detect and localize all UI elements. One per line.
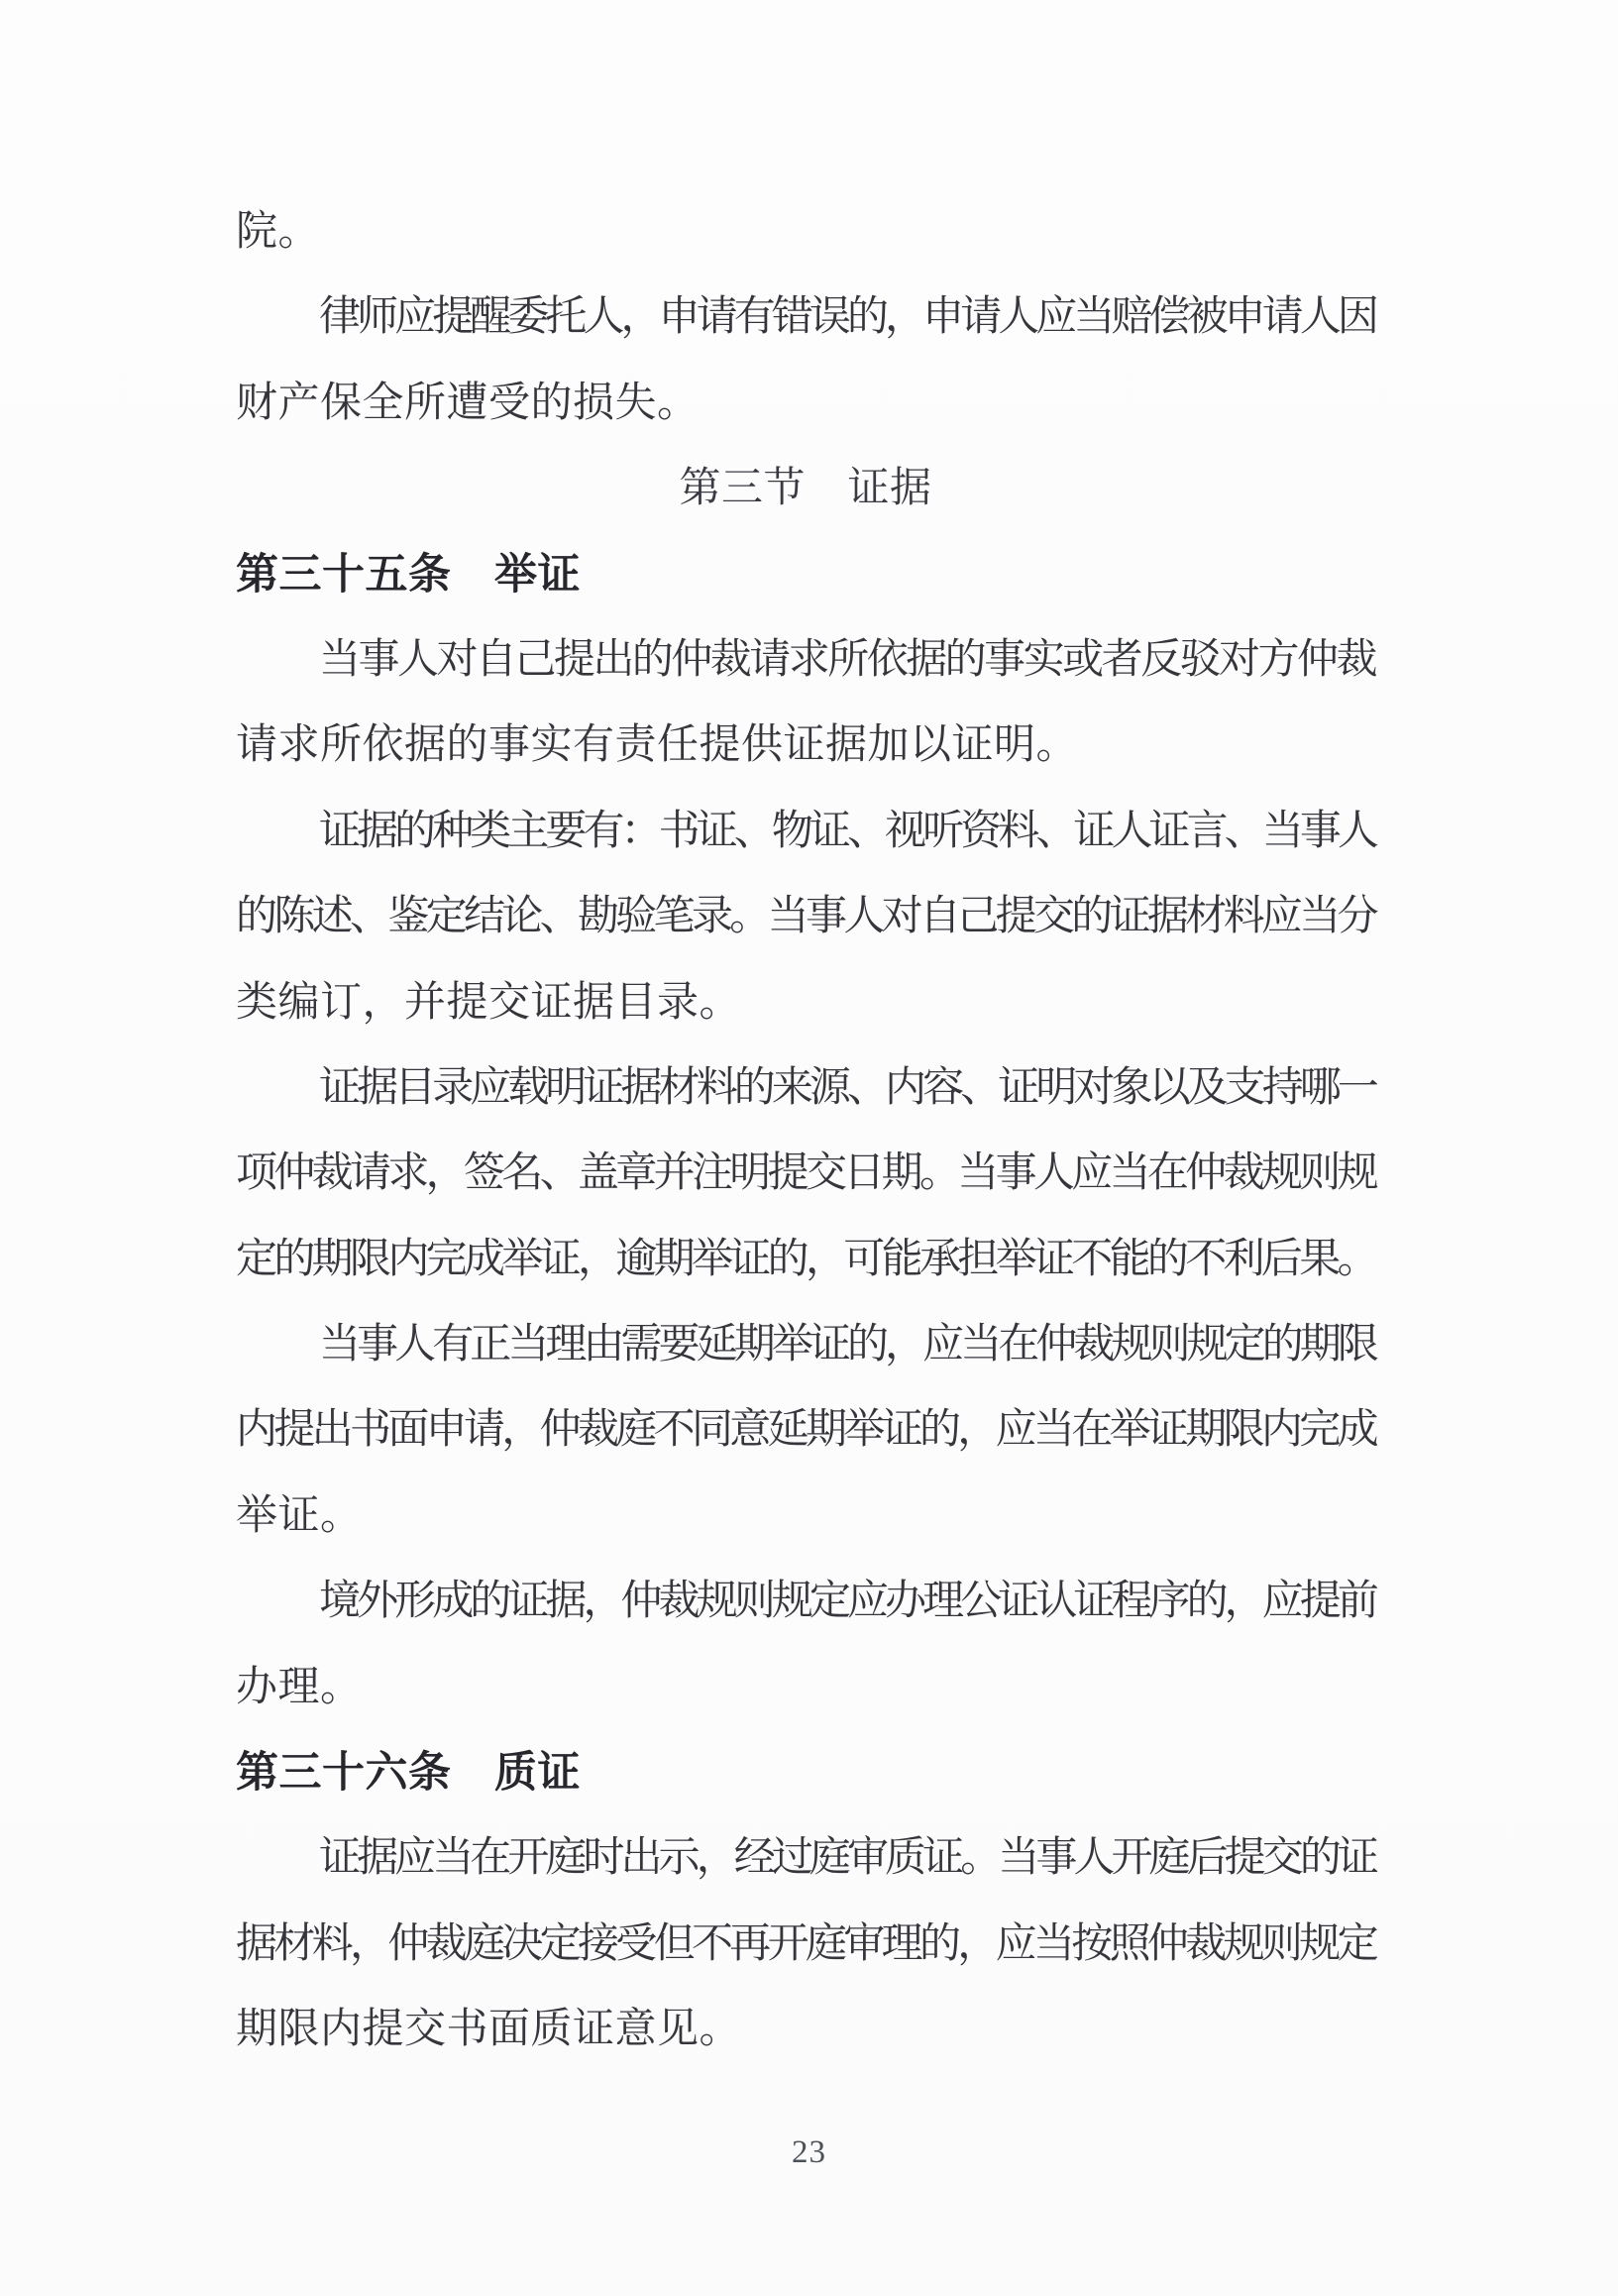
text-block: 院。律师应提醒委托人，申请有错误的，申请人应当赔偿被申请人因财产保全所遭受的损失… — [236, 189, 1375, 2073]
text-line-9: 的陈述、鉴定结论、勘验笔录。当事人对自己提交的证据材料应当分 — [236, 874, 1375, 959]
text-line-2: 律师应提醒委托人，申请有错误的，申请人应当赔偿被申请人因 — [236, 274, 1375, 360]
text-line-11: 证据目录应载明证据材料的来源、内容、证明对象以及支持哪一 — [236, 1045, 1375, 1131]
text-line-16: 举证。 — [236, 1474, 1375, 1559]
text-line-18: 办理。 — [236, 1645, 1375, 1730]
text-line-12: 项仲裁请求，签名、盖章并注明提交日期。当事人应当在仲裁规则规 — [236, 1131, 1375, 1216]
text-line-17: 境外形成的证据，仲裁规则规定应办理公证认证程序的，应提前 — [236, 1559, 1375, 1644]
text-line-15: 内提出书面申请，仲裁庭不同意延期举证的，应当在举证期限内完成 — [236, 1387, 1375, 1473]
text-line-3: 财产保全所遭受的损失。 — [236, 361, 1375, 446]
text-line-22: 期限内提交书面质证意见。 — [236, 1987, 1375, 2072]
text-line-8: 证据的种类主要有：书证、物证、视听资料、证人证言、当事人 — [236, 789, 1375, 874]
text-line-1: 院。 — [236, 189, 1375, 274]
text-line-20: 证据应当在开庭时出示，经过庭审质证。当事人开庭后提交的证 — [236, 1815, 1375, 1901]
text-line-21: 据材料，仲裁庭决定接受但不再开庭审理的，应当按照仲裁规则规定 — [236, 1902, 1375, 1987]
document-page: 院。律师应提醒委托人，申请有错误的，申请人应当赔偿被申请人因财产保全所遭受的损失… — [0, 0, 1618, 2296]
text-line-5: 第三十五条 举证 — [236, 532, 1375, 617]
text-line-10: 类编订，并提交证据目录。 — [236, 960, 1375, 1045]
text-line-4: 第三节 证据 — [236, 446, 1375, 531]
text-line-7: 请求所依据的事实有责任提供证据加以证明。 — [236, 703, 1375, 788]
text-line-6: 当事人对自己提出的仲裁请求所依据的事实或者反驳对方仲裁 — [236, 617, 1375, 703]
text-line-13: 定的期限内完成举证，逾期举证的，可能承担举证不能的不利后果。 — [236, 1217, 1375, 1302]
text-line-14: 当事人有正当理由需要延期举证的，应当在仲裁规则规定的期限 — [236, 1302, 1375, 1387]
text-line-19: 第三十六条 质证 — [236, 1730, 1375, 1815]
page-number: 23 — [0, 2132, 1618, 2172]
